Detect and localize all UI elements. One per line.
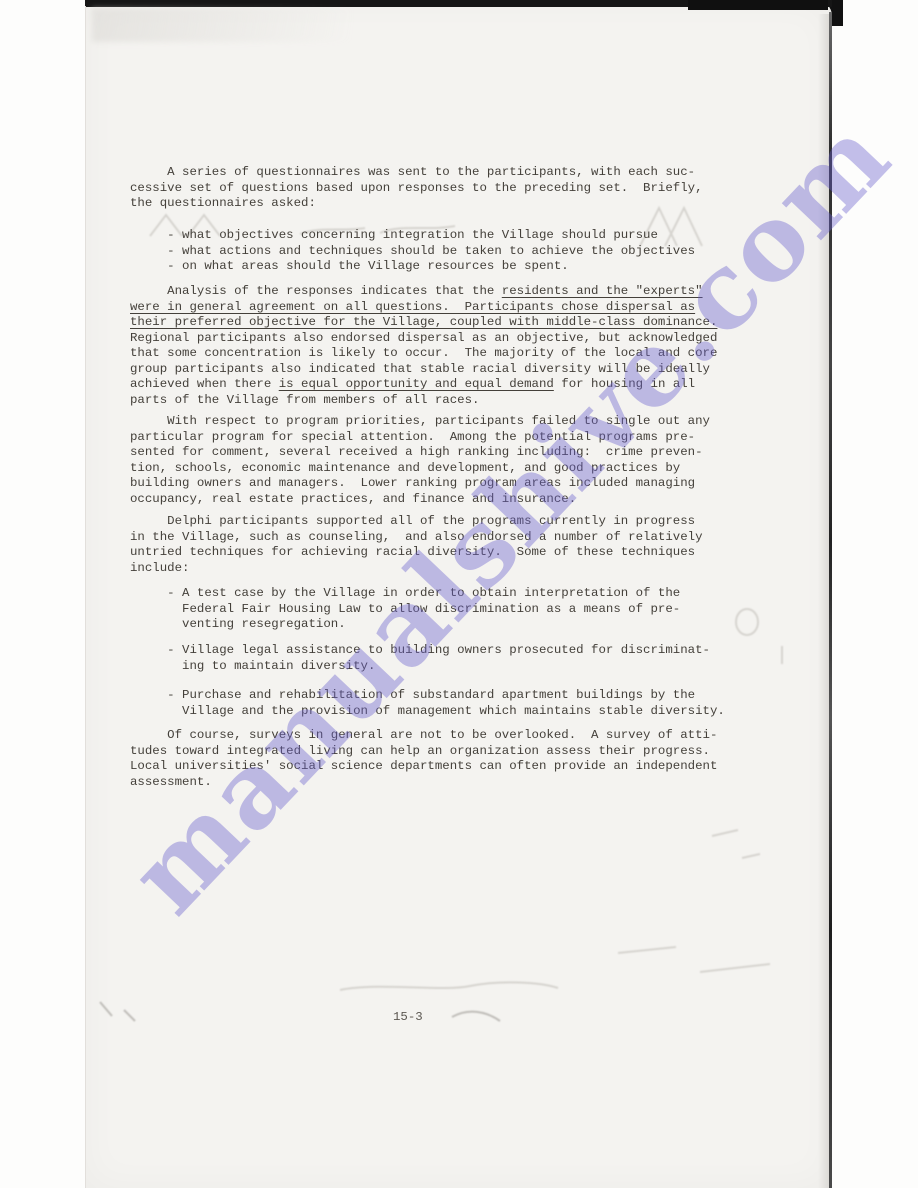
text-line: - Purchase and rehabilitation of substan…	[130, 688, 725, 704]
text-line: - on what areas should the Village resou…	[130, 259, 695, 275]
text-line: Local universities' social science depar…	[130, 759, 717, 775]
text-line: Village and the provision of management …	[130, 704, 725, 720]
text-line: their preferred objective for the Villag…	[130, 315, 717, 331]
text-line: group participants also indicated that s…	[130, 362, 717, 378]
paragraph-intro: A series of questionnaires was sent to t…	[130, 165, 703, 212]
text-line: Federal Fair Housing Law to allow discri…	[130, 602, 680, 618]
text-line: Analysis of the responses indicates that…	[130, 284, 717, 300]
text-line: venting resegregation.	[130, 617, 680, 633]
text-line: assessment.	[130, 775, 717, 791]
paragraph-surveys: Of course, surveys in general are not to…	[130, 728, 717, 790]
text-line: were in general agreement on all questio…	[130, 300, 717, 316]
text-line: Of course, surveys in general are not to…	[130, 728, 717, 744]
bullet-list-questions: - what objectives concerning integration…	[130, 228, 695, 275]
text-line: particular program for special attention…	[130, 430, 710, 446]
text-line: - Village legal assistance to building o…	[130, 643, 710, 659]
text-line: in the Village, such as counseling, and …	[130, 530, 703, 546]
text-line: ing to maintain diversity.	[130, 659, 710, 675]
text-line: untried techniques for achieving racial …	[130, 545, 703, 561]
paragraph-priorities: With respect to program priorities, part…	[130, 414, 710, 507]
document-text: A series of questionnaires was sent to t…	[0, 0, 918, 1188]
text-line: that some concentration is likely to occ…	[130, 346, 717, 362]
bullet-test-case: - A test case by the Village in order to…	[130, 586, 680, 633]
text-line: - what objectives concerning integration…	[130, 228, 695, 244]
page-number: 15-3	[393, 1010, 423, 1024]
text-line: tudes toward integrated living can help …	[130, 744, 717, 760]
text-line: A series of questionnaires was sent to t…	[130, 165, 703, 181]
text-line: the questionnaires asked:	[130, 196, 703, 212]
text-line: tion, schools, economic maintenance and …	[130, 461, 710, 477]
bullet-purchase: - Purchase and rehabilitation of substan…	[130, 688, 725, 719]
paragraph-delphi: Delphi participants supported all of the…	[130, 514, 703, 576]
text-line: cessive set of questions based upon resp…	[130, 181, 703, 197]
bullet-legal-assistance: - Village legal assistance to building o…	[130, 643, 710, 674]
text-line: With respect to program priorities, part…	[130, 414, 710, 430]
paragraph-analysis: Analysis of the responses indicates that…	[130, 284, 717, 408]
text-line: - what actions and techniques should be …	[130, 244, 695, 260]
text-line: achieved when there is equal opportunity…	[130, 377, 717, 393]
text-line: sented for comment, several received a h…	[130, 445, 710, 461]
text-line: building owners and managers. Lower rank…	[130, 476, 710, 492]
text-line: parts of the Village from members of all…	[130, 393, 717, 409]
text-line: include:	[130, 561, 703, 577]
text-line: Delphi participants supported all of the…	[130, 514, 703, 530]
text-line: - A test case by the Village in order to…	[130, 586, 680, 602]
text-line: occupancy, real estate practices, and fi…	[130, 492, 710, 508]
text-line: Regional participants also endorsed disp…	[130, 331, 717, 347]
